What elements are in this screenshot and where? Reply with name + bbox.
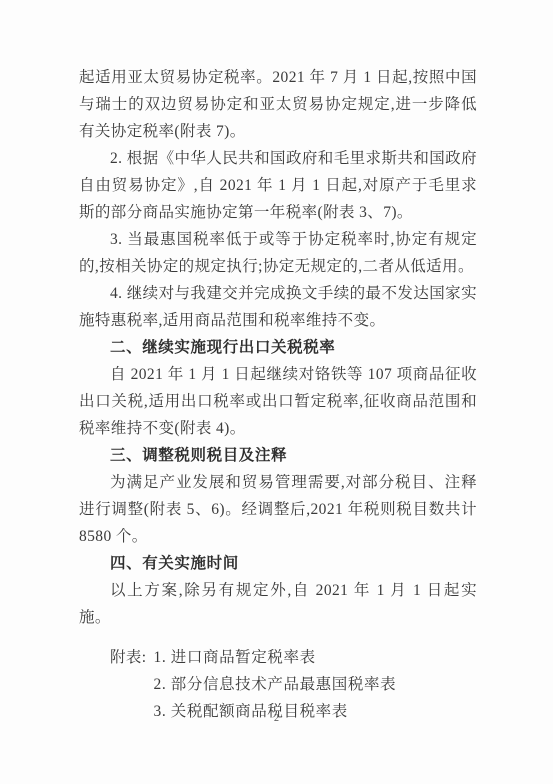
attachment-item: 2. 部分信息技术产品最惠国税率表 [153,671,396,698]
section-heading-export-tariffs: 二、继续实施现行出口关税税率 [79,334,477,361]
paragraph: 3. 当最惠国税率低于或等于协定税率时,协定有规定的,按相关协定的规定执行;协定… [79,226,477,280]
section-heading-tariff-lines-notes: 三、调整税则税目及注释 [79,442,477,469]
attachments-label: 附表: [110,644,147,671]
document-page: 起适用亚太贸易协定税率。2021 年 7 月 1 日起,按照中国与瑞士的双边贸易… [0,0,553,784]
paragraph: 自 2021 年 1 月 1 日起继续对铬铁等 107 项商品征收出口关税,适用… [79,361,477,442]
section-heading-implementation-time: 四、有关实施时间 [79,550,477,577]
page-number: 2 [0,713,553,724]
paragraph: 为满足产业发展和贸易管理需要,对部分税目、注释进行调整(附表 5、6)。经调整后… [79,469,477,550]
attachment-item: 1. 进口商品暂定税率表 [153,644,396,671]
paragraph: 2. 根据《中华人民共和国政府和毛里求斯共和国政府自由贸易协定》,自 2021 … [79,145,477,226]
document-body: 起适用亚太贸易协定税率。2021 年 7 月 1 日起,按照中国与瑞士的双边贸易… [79,64,477,725]
paragraph: 起适用亚太贸易协定税率。2021 年 7 月 1 日起,按照中国与瑞士的双边贸易… [79,64,477,145]
paragraph: 4. 继续对与我建交并完成换文手续的最不发达国家实施特惠税率,适用商品范围和税率… [79,280,477,334]
paragraph: 以上方案,除另有规定外,自 2021 年 1 月 1 日起实施。 [79,577,477,631]
